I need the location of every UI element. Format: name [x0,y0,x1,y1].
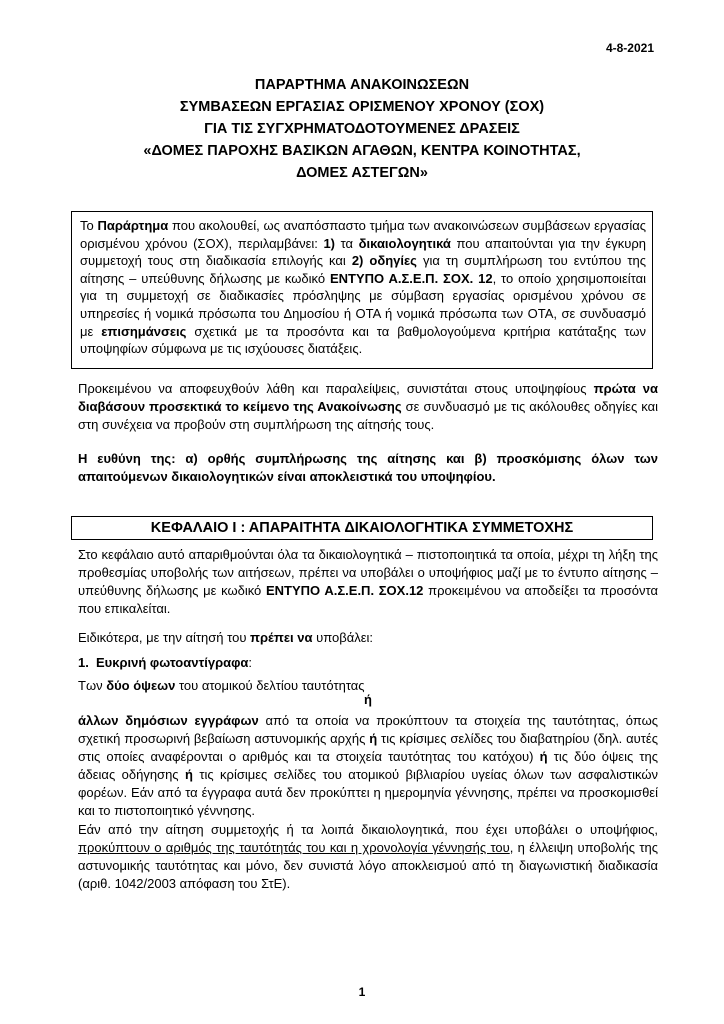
chapter-heading: ΚΕΦΑΛΑΙΟ Ι : ΑΠΑΡΑΙΤΗΤΑ ΔΙΚΑΙΟΛΟΓΗΤΙΚΑ Σ… [71,516,653,540]
list-label: Ευκρινή φωτοαντίγραφα [96,655,248,670]
bold-text: επισημάνσεις [101,324,186,339]
title-line: ΓΙΑ ΤΙΣ ΣΥΓΧΡΗΜΑΤΟΔΟΤΟΥΜΕΝΕΣ ΔΡΑΣΕΙΣ [60,118,664,140]
list-number: 1. [78,655,96,670]
document-date: 4-8-2021 [606,41,654,55]
bold-text: πρέπει να [250,630,312,645]
text: Εάν από την αίτηση συμμετοχής ή τα λοιπά… [78,822,658,837]
title-line: «ΔΟΜΕΣ ΠΑΡΟΧΗΣ ΒΑΣΙΚΩΝ ΑΓΑΘΩΝ, ΚΕΝΤΡΑ ΚΟ… [60,140,664,162]
id-card-line: Των δύο όψεων του ατομικού δελτίου ταυτό… [78,678,658,693]
title-line: ΠΑΡΑΡΤΗΜΑ ΑΝΑΚΟΙΝΩΣΕΩΝ [60,74,664,96]
bold-text: 1) [323,236,335,251]
bold-text: δικαιολογητικά [359,236,451,251]
underlined-text: προκύπτουν ο αριθμός της ταυτότητάς του … [78,840,510,855]
bold-text: 2) οδηγίες [352,253,417,268]
form-code: ΕΝΤΥΠΟ Α.Σ.Ε.Π. ΣΟΧ. 12 [330,271,493,286]
or-separator: ή [78,692,658,707]
id-exception-paragraph: Εάν από την αίτηση συμμετοχής ή τα λοιπά… [78,821,658,893]
other-documents-paragraph: άλλων δημόσιων εγγράφων από τα οποία να … [78,712,658,820]
text: του ατομικού δελτίου ταυτότητας [175,678,364,693]
document-page: 4-8-2021 ΠΑΡΑΡΤΗΜΑ ΑΝΑΚΟΙΝΩΣΕΩΝ ΣΥΜΒΑΣΕΩ… [0,0,724,1024]
or-word: ή [540,749,548,764]
intro-paragraph: Προκειμένου να αποφευχθούν λάθη και παρα… [78,380,658,434]
title-line: ΣΥΜΒΑΣΕΩΝ ΕΡΓΑΣΙΑΣ ΟΡΙΣΜΕΝΟΥ ΧΡΟΝΟΥ (ΣΟΧ… [60,96,664,118]
bold-text: Παράρτημα [97,218,168,233]
text: Των [78,678,106,693]
text: Το [80,218,97,233]
document-title: ΠΑΡΑΡΤΗΜΑ ΑΝΑΚΟΙΝΩΣΕΩΝ ΣΥΜΒΑΣΕΩΝ ΕΡΓΑΣΙΑ… [60,74,664,184]
title-line: ΔΟΜΕΣ ΑΣΤΕΓΩΝ» [60,162,664,184]
or-word: ή [185,767,193,782]
bold-text: δύο όψεων [106,678,175,693]
or-word: ή [369,731,377,746]
colon: : [248,655,252,670]
text: Ειδικότερα, με την αίτησή του [78,630,250,645]
list-item-1-heading: 1.Ευκρινή φωτοαντίγραφα: [78,655,658,670]
form-code: ΕΝΤΥΠΟ Α.Σ.Ε.Π. ΣΟΧ.12 [266,583,423,598]
text: Προκειμένου να αποφευχθούν λάθη και παρα… [78,381,594,396]
page-number: 1 [0,985,724,999]
specifically-line: Ειδικότερα, με την αίτησή του πρέπει να … [78,630,658,645]
annex-summary-box: Το Παράρτημα που ακολουθεί, ως αναπόσπασ… [71,211,653,369]
bold-text: άλλων δημόσιων εγγράφων [78,713,259,728]
responsibility-paragraph: Η ευθύνη της: α) ορθής συμπλήρωσης της α… [78,450,658,486]
text: τα [335,236,359,251]
text: υποβάλει: [312,630,373,645]
annex-summary-text: Το Παράρτημα που ακολουθεί, ως αναπόσπασ… [80,217,646,358]
chapter-intro-paragraph: Στο κεφάλαιο αυτό απαριθμούνται όλα τα δ… [78,546,658,618]
